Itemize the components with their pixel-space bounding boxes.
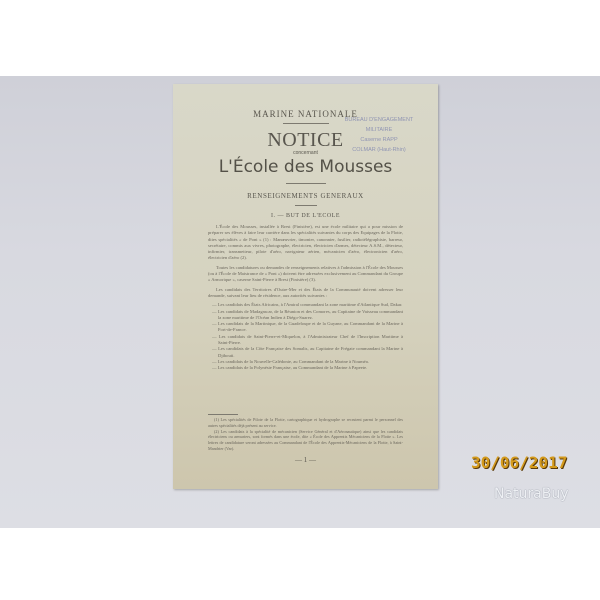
list-item: — Les candidats des États Africains, à l… — [208, 302, 403, 308]
list-item: — Les candidats de la Martinique, de la … — [208, 321, 403, 334]
list-item: — Les candidats de Saint-Pierre-et-Mique… — [208, 334, 403, 347]
concerning-label: concernant — [173, 150, 438, 156]
date-stamp: 30/06/2017 — [471, 453, 567, 472]
footnotes: (1) Les spécialités de Pilote de la Flot… — [208, 417, 403, 452]
footnote: (1) Les spécialités de Pilote de la Flot… — [208, 417, 403, 429]
section-heading: I. — BUT DE L'ECOLE — [173, 213, 438, 219]
section-subtitle: RENSEIGNEMENTS GENERAUX — [173, 192, 438, 200]
paragraph: Toutes les candidatures ou demandes de r… — [208, 265, 403, 284]
document-page: MARINE NATIONALE BUREAU D'ENGAGEMENT MIL… — [173, 84, 438, 489]
document-title: NOTICE — [173, 129, 438, 152]
divider — [286, 183, 326, 184]
school-name: L'École des Mousses — [173, 157, 438, 177]
divider — [283, 123, 329, 124]
list-item: — Les candidats de la Polynésie Français… — [208, 365, 403, 371]
footnote: (2) Les candidats à la spécialité de méc… — [208, 429, 403, 452]
list-item: — Les candidats de Madagascar, de la Réu… — [208, 309, 403, 322]
body-text: L'École des Mousses, installée à Brest (… — [208, 224, 403, 372]
paragraph: L'École des Mousses, installée à Brest (… — [208, 224, 403, 262]
list-item: — Les candidats de la Côte Française des… — [208, 346, 403, 359]
paragraph: Les candidats des Territoires d'Outre-Me… — [208, 287, 403, 300]
watermark-logo: NaturaBuy — [494, 486, 569, 502]
page-number: — 1 — — [173, 456, 438, 464]
footnote-divider — [208, 414, 238, 415]
divider — [295, 205, 317, 206]
